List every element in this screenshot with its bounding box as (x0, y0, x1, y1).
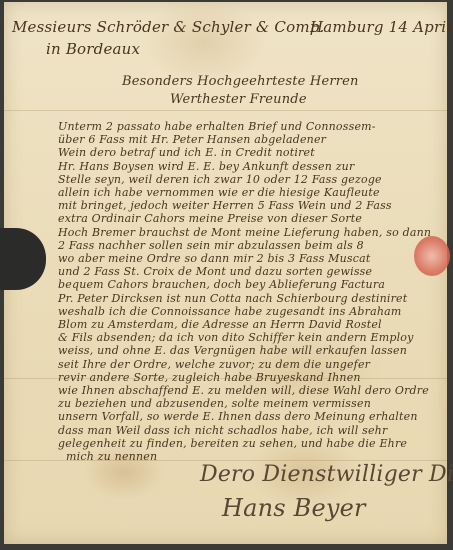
addressee-line-1: Messieurs Schröder & Schyler & Comp. (12, 18, 325, 36)
body-line: Hoch Bremer brauchst de Mont meine Liefe… (58, 226, 431, 239)
body-line: & Fils absenden; da ich von dito Schiffe… (58, 331, 414, 344)
salutation-line-1: Besonders Hochgeehrteste Herren (122, 74, 359, 89)
body-line: Pr. Peter Dircksen ist nun Cotta nach Sc… (58, 292, 407, 305)
body-line: Hr. Hans Boysen wird E. E. bey Ankunft d… (58, 160, 354, 173)
body-line: über 6 Fass mit Hr. Peter Hansen abgelad… (58, 133, 326, 146)
body-line: Stelle seyn, weil deren ich zwar 10 oder… (58, 173, 382, 186)
body-line: und 2 Fass St. Croix de Mont und dazu so… (58, 265, 372, 278)
body-line: mit bringet, jedoch weiter Herren 5 Fass… (58, 199, 392, 212)
body-line: zu beziehen und abzusenden, solte meinem… (58, 397, 371, 410)
body-line: allein ich habe vernommen wie er die hie… (58, 186, 380, 199)
body-line: extra Ordinair Cahors meine Preise von d… (58, 212, 362, 225)
body-line: weshalb ich die Connoissance habe zugesa… (58, 305, 402, 318)
body-line: wie Ihnen abschaffend E. zu melden will,… (58, 384, 429, 397)
body-line: dass man Weil dass ich nicht schadlos ha… (58, 424, 387, 437)
body-line: mich zu nennen (66, 450, 157, 463)
body-line: 2 Fass nachher sollen sein mir abzulasse… (58, 239, 364, 252)
body-line: wo aber meine Ordre so dann mir 2 bis 3 … (58, 252, 371, 265)
body-line: Wein dero betraf und ich E. in Credit no… (58, 146, 315, 159)
body-line: seit Ihre der Ordre, welche zuvor; zu de… (58, 358, 370, 371)
body-line: revir andere Sorte, zugleich habe Bruyes… (58, 371, 361, 384)
body-line: unsern Vorfall, so werde E. Ihnen dass d… (58, 410, 418, 423)
closing: Dero Dienstwilliger Diener (200, 462, 453, 487)
addressee-line-2: in Bordeaux (46, 40, 140, 58)
body-line: bequem Cahors brauchen, doch bey Abliefe… (58, 278, 385, 291)
body-line: Unterm 2 passato habe erhalten Brief und… (58, 120, 376, 133)
body-line: weiss, und ohne E. das Vergnügen habe wi… (58, 344, 407, 357)
signature: Hans Beyer (222, 494, 366, 522)
body-line: gelegenheit zu finden, bereiten zu sehen… (58, 437, 407, 450)
place-date: Hamburg 14 April 1768 (310, 18, 453, 36)
body-line: Blom zu Amsterdam, die Adresse an Herrn … (58, 318, 382, 331)
salutation-line-2: Werthester Freunde (170, 92, 307, 107)
wax-seal-remnant (414, 236, 450, 276)
fold-line (4, 110, 447, 111)
